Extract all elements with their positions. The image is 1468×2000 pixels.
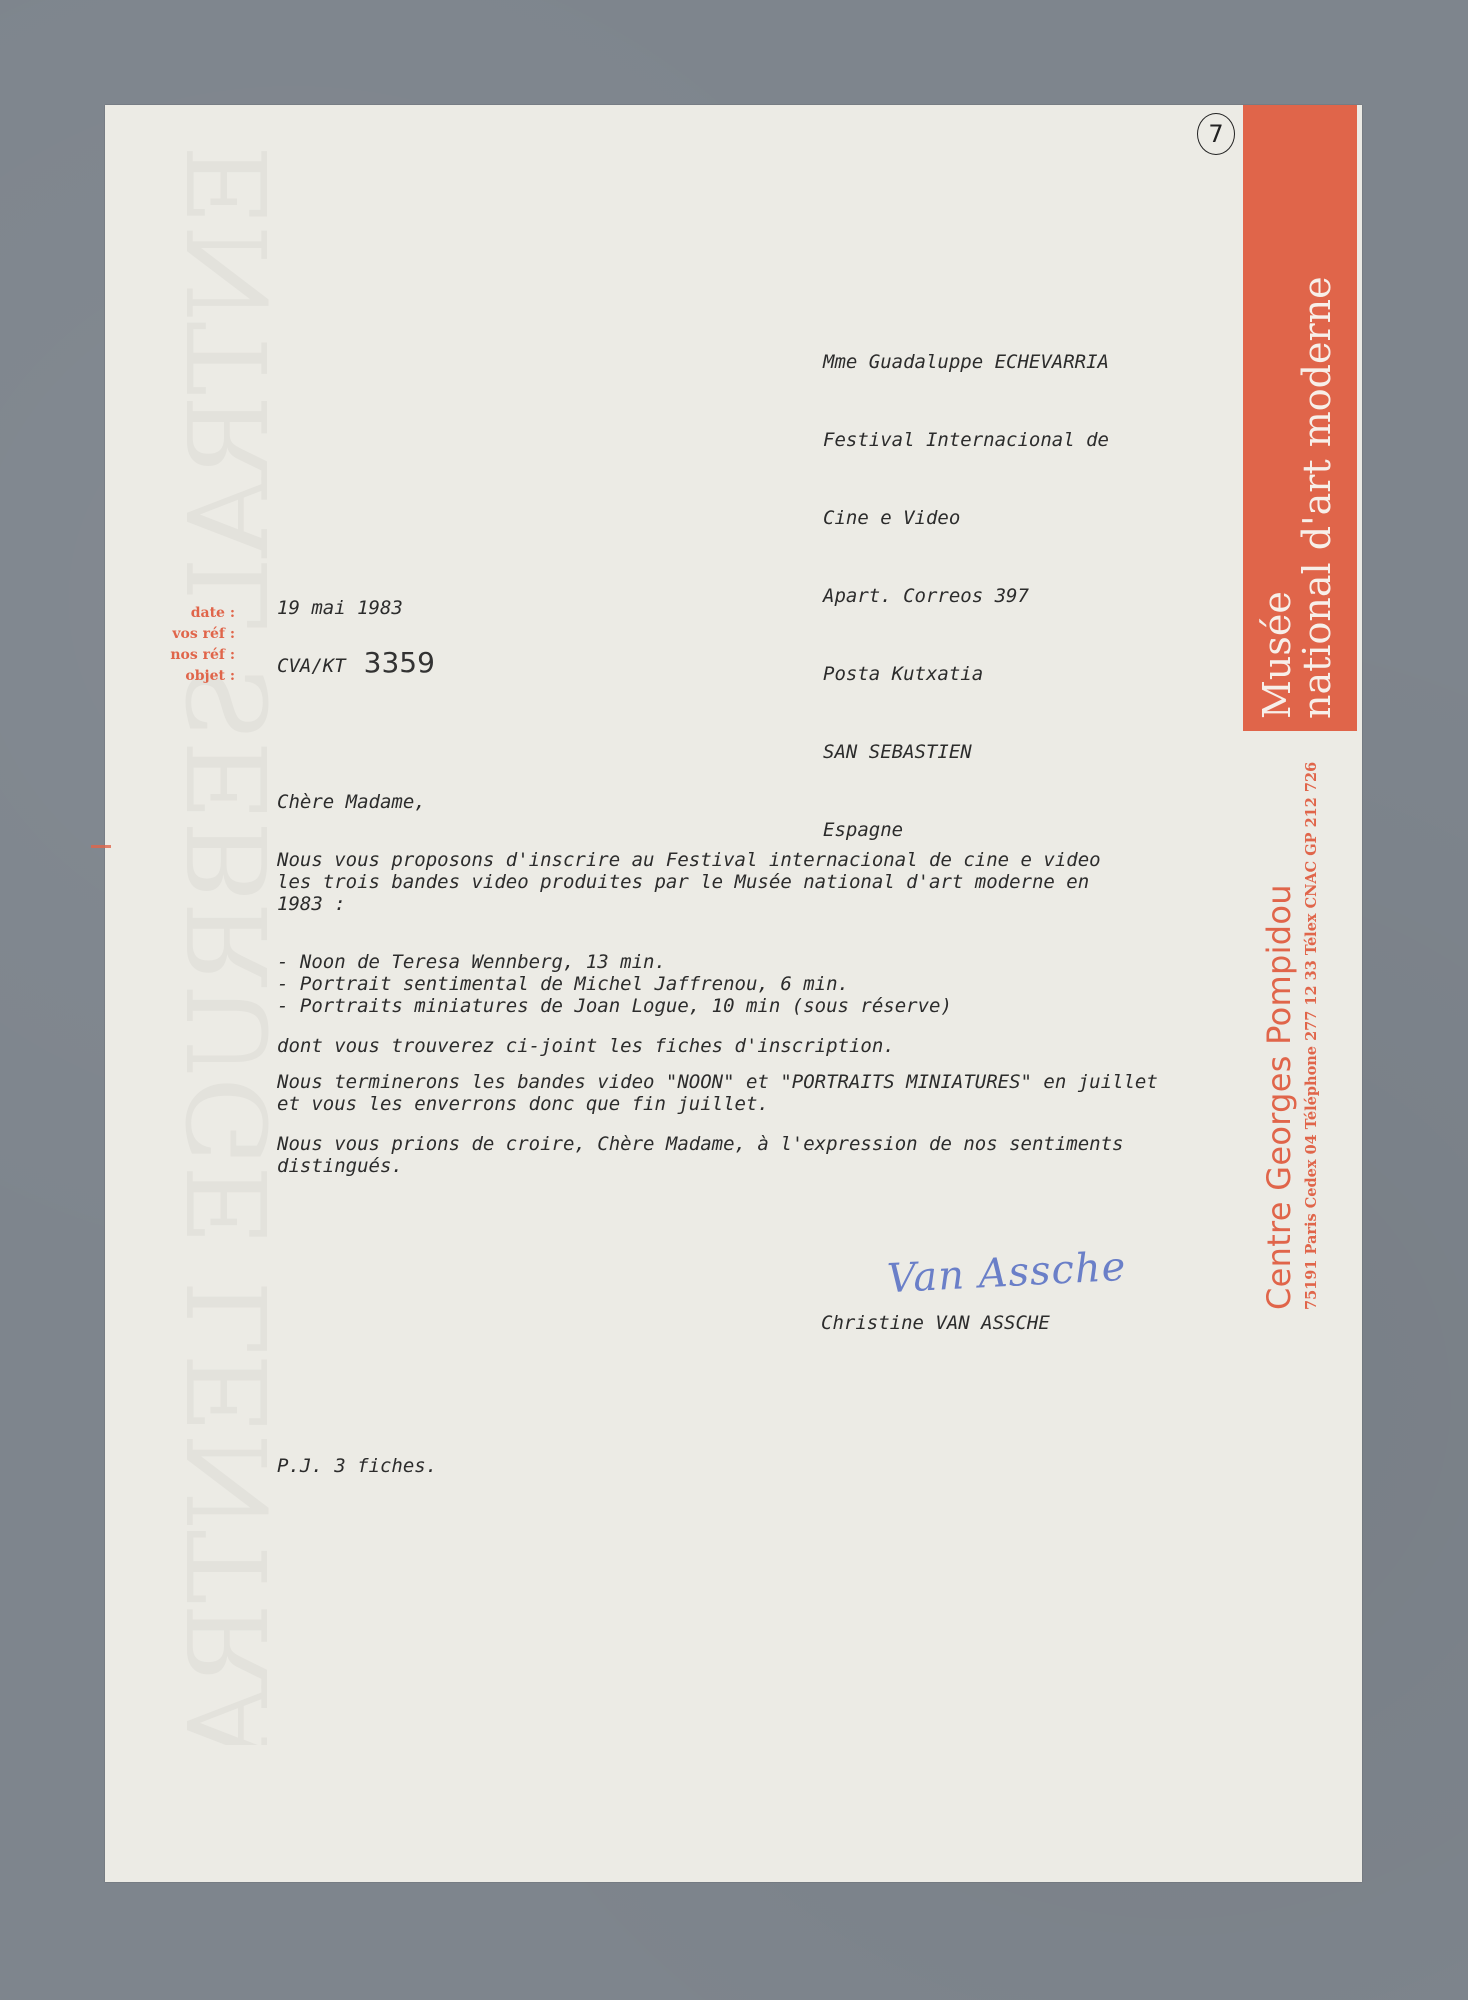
enclosure-note: P.J. 3 fiches.: [277, 1455, 437, 1477]
label-vos-ref: vos réf :: [135, 624, 235, 645]
letter-body: Chère Madame, Nous vous proposons d'insc…: [277, 791, 1277, 1177]
attachment-paragraph: dont vous trouverez ci-joint les fiches …: [277, 1035, 1277, 1057]
date-value: 19 mai 1983: [277, 597, 403, 619]
band-line-national: national d'art moderne: [1297, 105, 1337, 719]
brand-address: 75191 Paris Cedex 04 Téléphone 277 12 33…: [1301, 810, 1323, 1310]
label-nos-ref: nos réf :: [135, 645, 235, 666]
nos-ref-typed: CVA/KT: [277, 655, 346, 677]
salutation: Chère Madame,: [277, 791, 1277, 813]
address-line: Festival Internacional de: [823, 427, 1109, 453]
band-line-musee: Musée: [1257, 105, 1297, 719]
list-item: - Portraits miniatures de Joan Logue, 10…: [277, 995, 1277, 1017]
label-date: date :: [135, 603, 235, 624]
signer-name: Christine VAN ASSCHE: [821, 1312, 1050, 1334]
list-item: - Portrait sentimental de Michel Jaffren…: [277, 973, 1277, 995]
nos-ref-value: CVA/KT3359: [277, 646, 435, 679]
letter-page: ENTRAL SEBRUGE LENTRA 7 Musée national d…: [105, 105, 1362, 1882]
address-line: SAN SEBASTIEN: [823, 739, 1109, 765]
address-line: Apart. Correos 397: [823, 583, 1109, 609]
intro-paragraph: Nous vous proposons d'inscrire au Festiv…: [277, 849, 1277, 915]
meta-labels: date : vos réf : nos réf : objet :: [135, 603, 235, 687]
address-line: Mme Guadaluppe ECHEVARRIA: [823, 349, 1109, 375]
completion-paragraph: Nous terminerons les bandes video "NOON"…: [277, 1071, 1277, 1115]
list-item: - Noon de Teresa Wennberg, 13 min.: [277, 951, 1277, 973]
watermark-show-through: ENTRAL SEBRUGE LENTRA: [165, 145, 285, 1745]
nos-ref-handwritten: 3359: [364, 646, 435, 679]
address-line: Cine e Video: [823, 505, 1109, 531]
label-objet: objet :: [135, 666, 235, 687]
fold-mark: [91, 845, 111, 848]
letterhead-band: Musée national d'art moderne: [1243, 105, 1357, 731]
page-number-circled: 7: [1197, 113, 1235, 155]
address-line: Posta Kutxatia: [823, 661, 1109, 687]
handwritten-signature: Van Assche: [886, 1244, 1127, 1302]
closing-paragraph: Nous vous prions de croire, Chère Madame…: [277, 1133, 1277, 1177]
